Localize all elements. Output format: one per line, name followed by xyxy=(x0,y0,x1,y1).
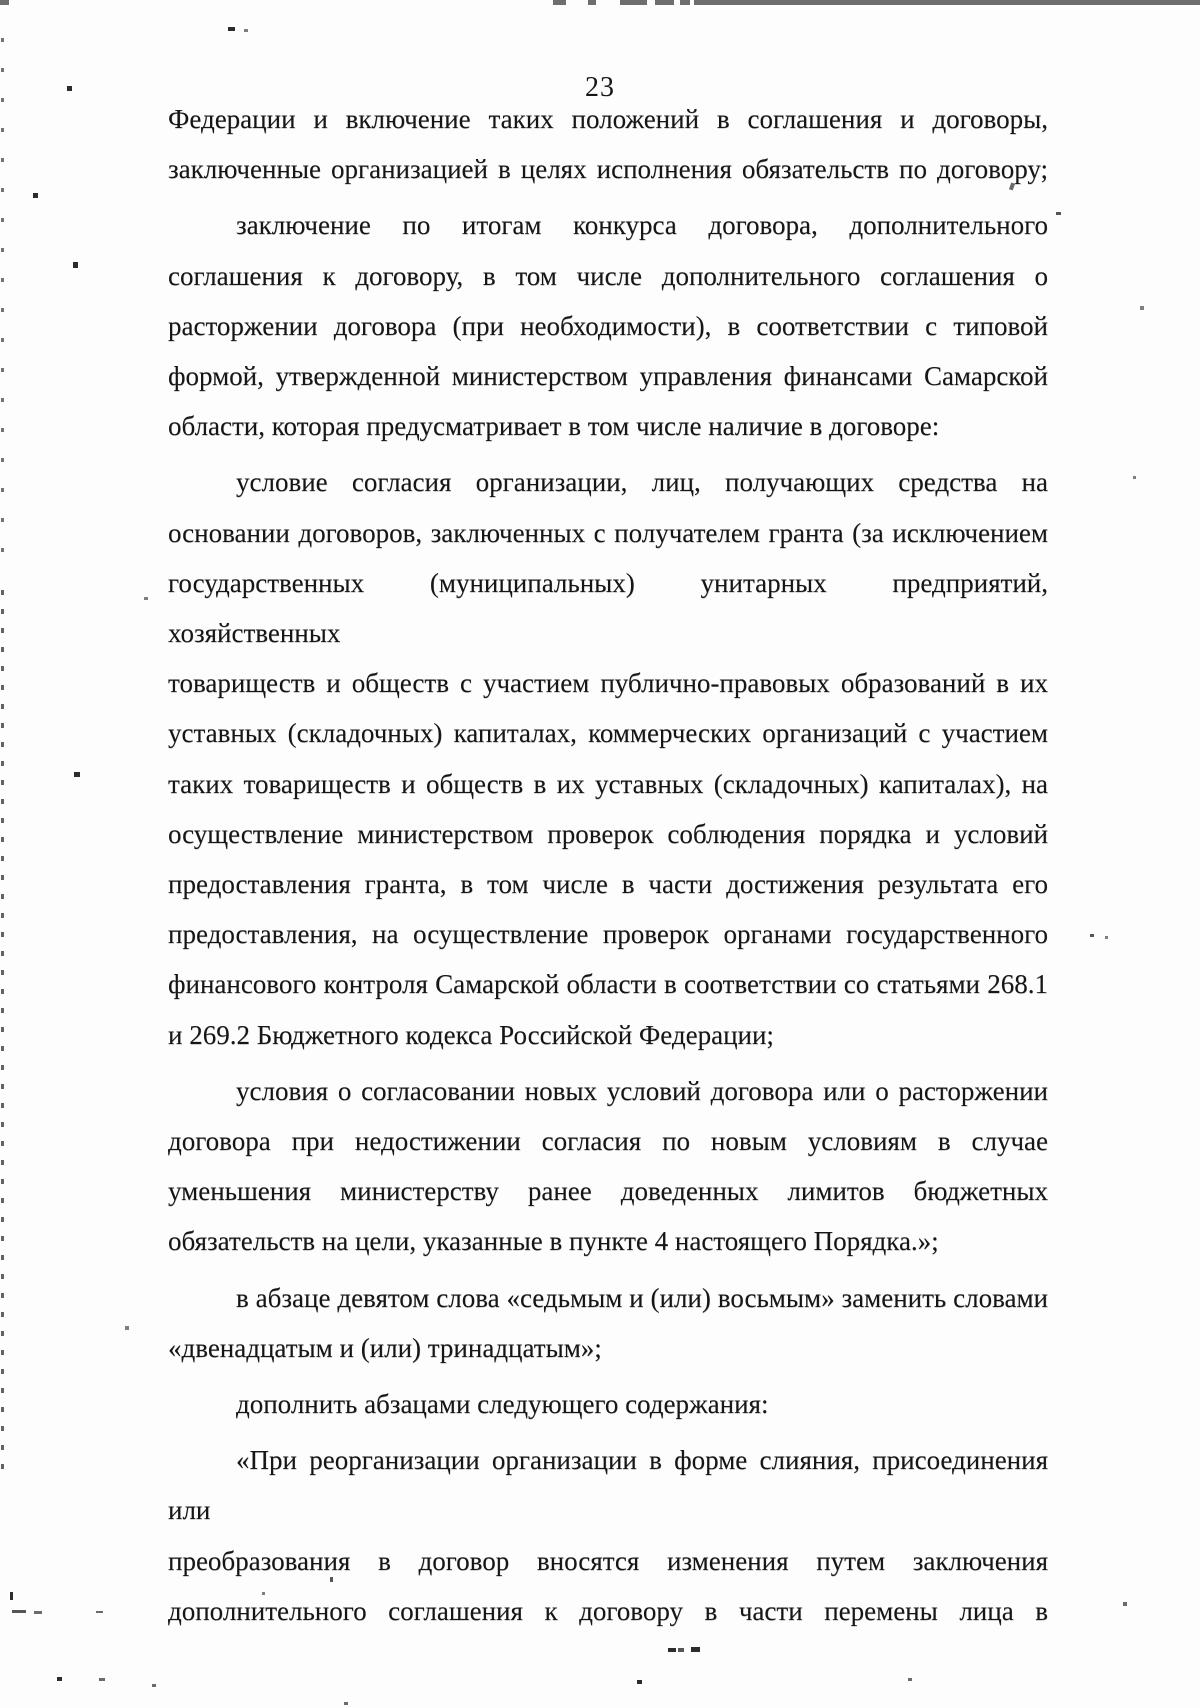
text-line: финансового контроля Самарской области в… xyxy=(168,959,1048,1009)
text-line: уменьшения министерству ранее доведенных… xyxy=(168,1166,1048,1216)
scan-speck xyxy=(344,1702,348,1705)
scan-edge-artifact xyxy=(553,0,566,5)
scan-speck xyxy=(637,1680,642,1684)
paragraph: «При реорганизации организации в форме с… xyxy=(168,1435,1048,1636)
scanned-document-page: 23 Федерации и включение таких положений… xyxy=(0,0,1200,1708)
text-line: предоставления, на осуществление проверо… xyxy=(168,909,1048,959)
paragraph: условия о согласовании новых условий дог… xyxy=(168,1066,1048,1267)
paragraph: в абзаце девятом слова «седьмым и (или) … xyxy=(168,1273,1048,1373)
text-line: товариществ и обществ с участием публичн… xyxy=(168,658,1048,708)
scan-speck xyxy=(262,1592,265,1595)
scan-speck xyxy=(99,1678,105,1681)
text-line: условие согласия организации, лиц, получ… xyxy=(168,457,1048,507)
scan-speck xyxy=(12,1610,26,1613)
scan-speck xyxy=(330,1577,333,1582)
scan-edge-artifact xyxy=(655,0,674,5)
scan-speck xyxy=(10,1592,13,1600)
text-line: Федерации и включение таких положений в … xyxy=(168,94,1048,144)
text-line: условия о согласовании новых условий дог… xyxy=(168,1066,1048,1116)
scan-speck xyxy=(74,772,80,777)
scan-speck xyxy=(1090,934,1094,937)
scan-speck xyxy=(57,1677,62,1681)
text-line: государственных (муниципальных) унитарны… xyxy=(168,558,1048,658)
paragraph: Федерации и включение таких положений в … xyxy=(168,94,1048,194)
text-line: осуществление министерством проверок соб… xyxy=(168,809,1048,859)
text-line: преобразования в договор вносятся измене… xyxy=(168,1536,1048,1586)
scan-edge-artifact xyxy=(694,0,1200,5)
scan-edge-artifact xyxy=(588,0,596,5)
paragraph: дополнить абзацами следующего содержания… xyxy=(168,1379,1048,1429)
text-line: в абзаце девятом слова «седьмым и (или) … xyxy=(168,1273,1048,1323)
scan-left-edge-artifact xyxy=(1,38,4,578)
text-line: соглашения к договору, в том числе допол… xyxy=(168,251,1048,301)
scan-speck xyxy=(125,1326,129,1330)
text-line: области, которая предусматривает в том ч… xyxy=(168,401,1048,451)
paragraph: заключение по итогам конкурса договора, … xyxy=(168,200,1048,451)
scan-left-edge-artifact xyxy=(1,590,4,1470)
scan-speck xyxy=(1123,1602,1127,1606)
text-line: уставных (складочных) капиталах, коммерч… xyxy=(168,708,1048,758)
document-text-block: Федерации и включение таких положений в … xyxy=(168,94,1048,1642)
scan-speck xyxy=(678,1648,684,1652)
scan-edge-artifact xyxy=(0,0,9,5)
text-line: предоставления гранта, в том числе в час… xyxy=(168,859,1048,909)
text-line: расторжении договора (при необходимости)… xyxy=(168,301,1048,351)
text-line: и 269.2 Бюджетного кодекса Российской Фе… xyxy=(168,1010,1048,1060)
scan-edge-artifact xyxy=(620,0,647,5)
scan-speck xyxy=(96,1611,103,1613)
text-line: «двенадцатым и (или) тринадцатым»; xyxy=(168,1323,1048,1373)
scan-speck xyxy=(1133,476,1136,479)
text-line: формой, утвержденной министерством управ… xyxy=(168,351,1048,401)
scan-speck xyxy=(908,1678,912,1681)
scan-speck xyxy=(144,597,148,600)
text-line: основании договоров, заключенных с получ… xyxy=(168,508,1048,558)
scan-speck xyxy=(668,1648,676,1652)
scan-speck xyxy=(244,29,248,32)
scan-speck xyxy=(34,1611,42,1614)
text-line: таких товариществ и обществ в их уставны… xyxy=(168,759,1048,809)
text-line: договора при недостижении согласия по но… xyxy=(168,1116,1048,1166)
scan-speck xyxy=(67,86,72,91)
paragraph: условие согласия организации, лиц, получ… xyxy=(168,457,1048,1059)
scan-speck xyxy=(73,262,78,268)
text-line: обязательств на цели, указанные в пункте… xyxy=(168,1216,1048,1266)
text-line: заключение по итогам конкурса договора, … xyxy=(168,200,1048,250)
scan-edge-artifact xyxy=(680,0,690,5)
text-line: дополнить абзацами следующего содержания… xyxy=(168,1379,1048,1429)
text-line: «При реорганизации организации в форме с… xyxy=(168,1435,1048,1535)
scan-speck xyxy=(691,1647,700,1652)
text-line: дополнительного соглашения к договору в … xyxy=(168,1586,1048,1636)
scan-speck xyxy=(152,1684,156,1687)
scan-speck xyxy=(1056,212,1061,215)
text-line: заключенные организацией в целях исполне… xyxy=(168,144,1048,194)
scan-speck xyxy=(33,193,38,198)
scan-speck xyxy=(228,27,235,31)
scan-speck xyxy=(1140,306,1144,310)
scan-speck xyxy=(1105,936,1108,939)
